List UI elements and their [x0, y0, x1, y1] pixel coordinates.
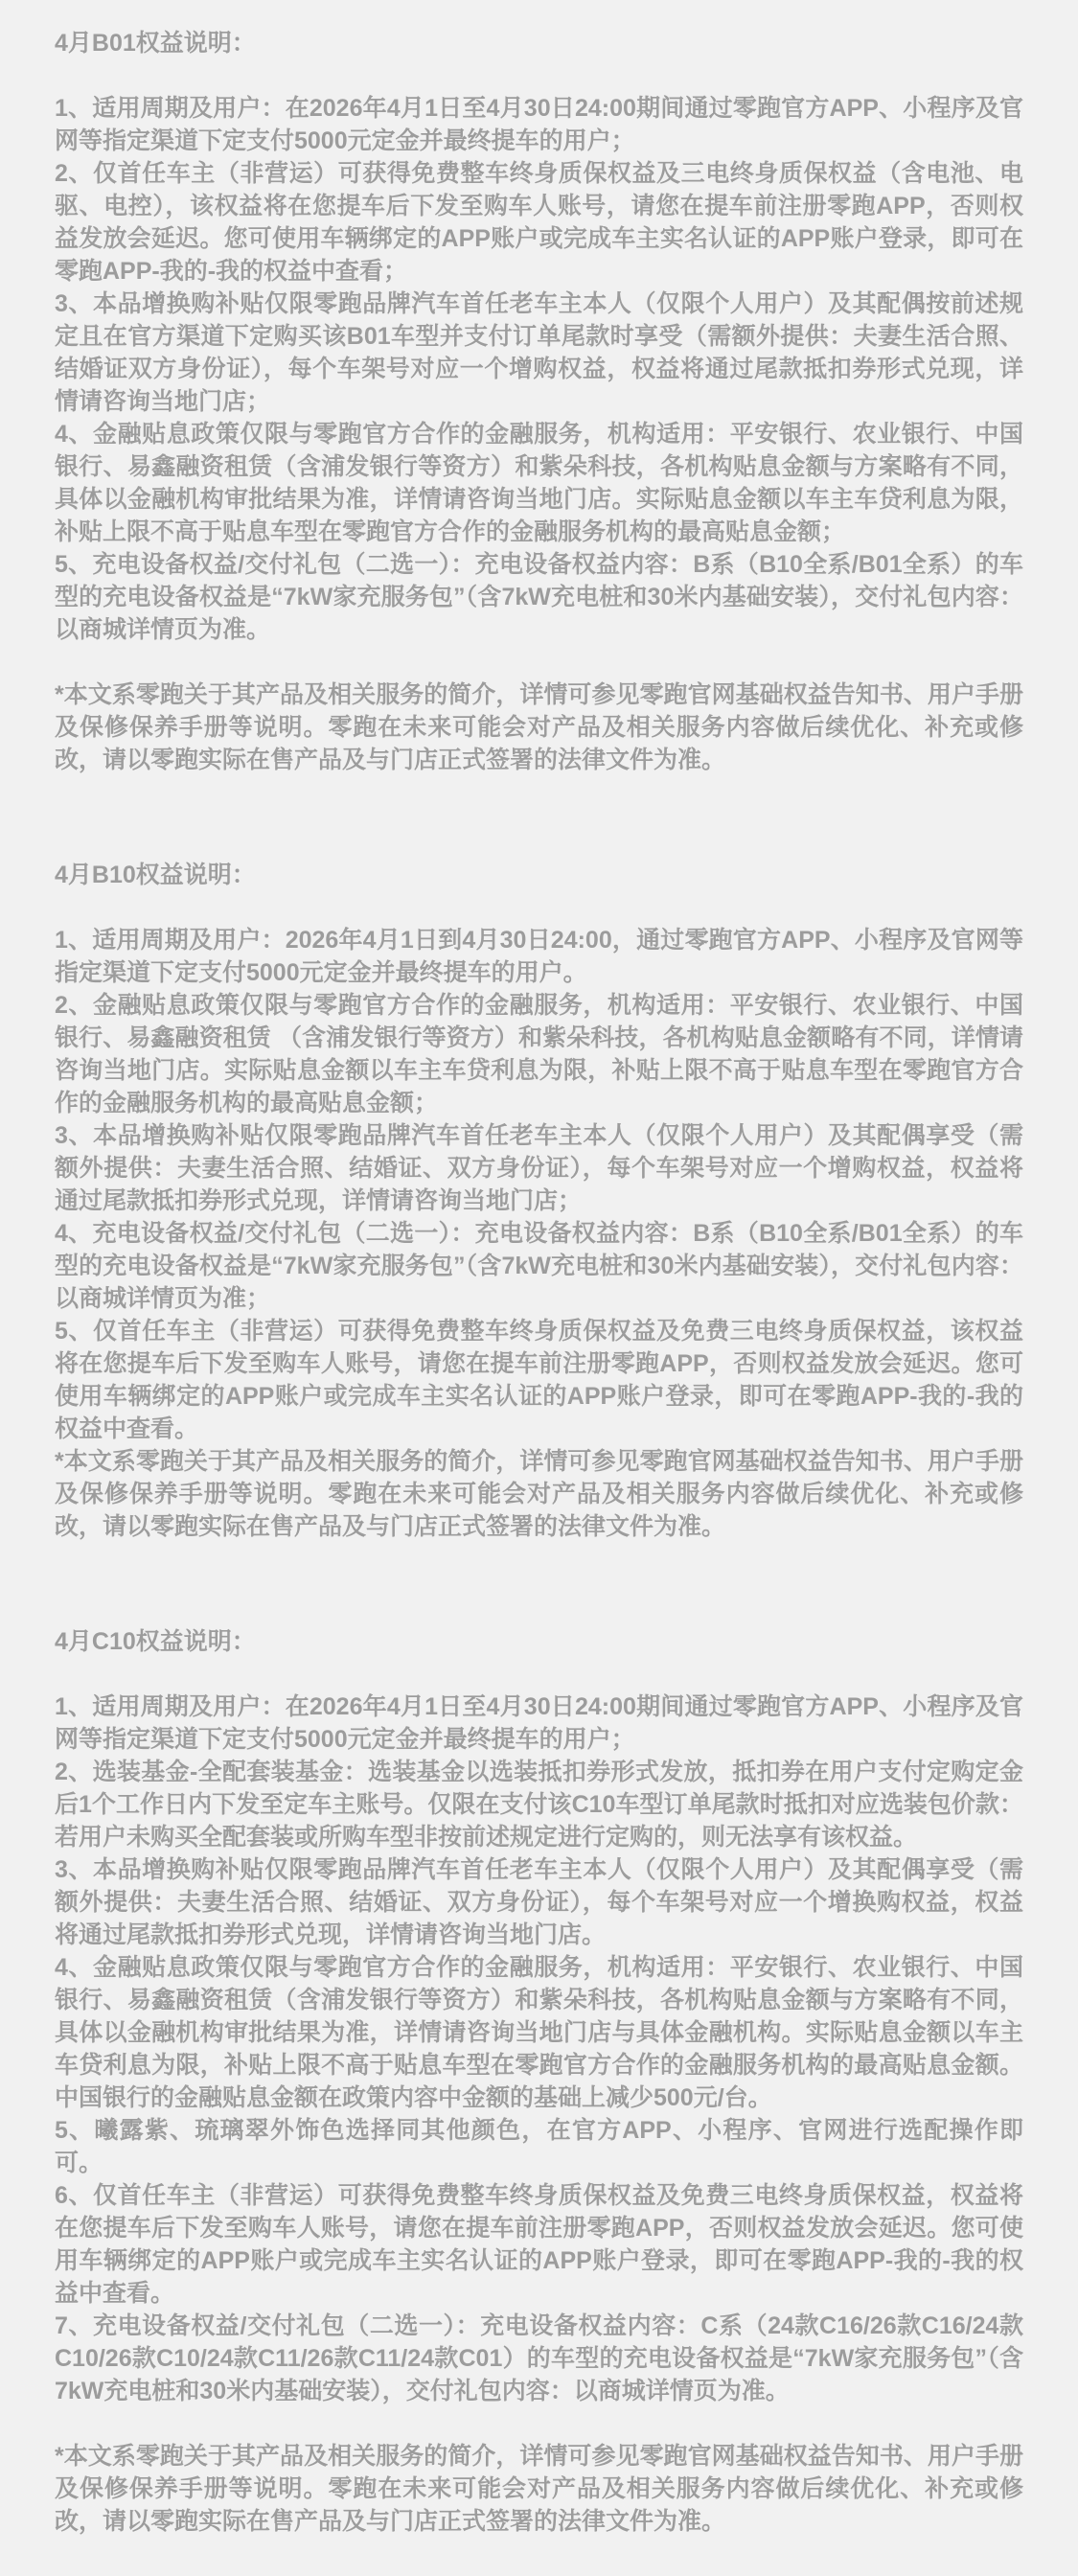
section-c10-benefits: 4月C10权益说明： 1、适用周期及用户：在2026年4月1日至4月30日24:… — [55, 1625, 1023, 2538]
b01-term-1: 1、适用周期及用户：在2026年4月1日至4月30日24:00期间通过零跑官方A… — [55, 92, 1023, 157]
b01-term-2: 2、仅首任车主（非营运）可获得免费整车终身质保权益及三电终身质保权益（含电池、电… — [55, 157, 1023, 287]
section-title-b01: 4月B01权益说明： — [55, 27, 1023, 59]
c10-term-2: 2、选装基金-全配套装基金：选装基金以选装抵扣券形式发放，抵扣券在用户支付定购定… — [55, 1756, 1023, 1853]
c10-disclaimer: *本文系零跑关于其产品及相关服务的简介，详情可参见零跑官网基础权益告知书、用户手… — [55, 2440, 1023, 2538]
b01-term-3: 3、本品增换购补贴仅限零跑品牌汽车首任老车主本人（仅限个人用户）及其配偶按前述规… — [55, 287, 1023, 418]
b01-term-5: 5、充电设备权益/交付礼包（二选一）：充电设备权益内容：B系（B10全系/B01… — [55, 548, 1023, 646]
section-b10-benefits: 4月B10权益说明： 1、适用周期及用户：2026年4月1日到4月30日24:0… — [55, 859, 1023, 1543]
section-b01-benefits: 4月B01权益说明： 1、适用周期及用户：在2026年4月1日至4月30日24:… — [55, 27, 1023, 776]
b01-disclaimer: *本文系零跑关于其产品及相关服务的简介，详情可参见零跑官网基础权益告知书、用户手… — [55, 678, 1023, 776]
c10-term-5: 5、曦露紫、琉璃翠外饰色选择同其他颜色，在官方APP、小程序、官网进行选配操作即… — [55, 2114, 1023, 2179]
section-title-c10: 4月C10权益说明： — [55, 1625, 1023, 1658]
c10-term-3: 3、本品增换购补贴仅限零跑品牌汽车首任老车主本人（仅限个人用户）及其配偶享受（需… — [55, 1853, 1023, 1951]
b10-term-4: 4、充电设备权益/交付礼包（二选一）：充电设备权益内容：B系（B10全系/B01… — [55, 1217, 1023, 1315]
b10-term-3: 3、本品增换购补贴仅限零跑品牌汽车首任老车主本人（仅限个人用户）及其配偶享受（需… — [55, 1119, 1023, 1217]
c10-term-1: 1、适用周期及用户：在2026年4月1日至4月30日24:00期间通过零跑官方A… — [55, 1690, 1023, 1756]
b01-term-4: 4、金融贴息政策仅限与零跑官方合作的金融服务，机构适用：平安银行、农业银行、中国… — [55, 418, 1023, 548]
c10-term-7: 7、充电设备权益/交付礼包（二选一）：充电设备权益内容：C系（24款C16/26… — [55, 2310, 1023, 2407]
section-title-b10: 4月B10权益说明： — [55, 859, 1023, 891]
c10-term-6: 6、仅首任车主（非营运）可获得免费整车终身质保权益及免费三电终身质保权益，权益将… — [55, 2179, 1023, 2310]
b10-disclaimer: *本文系零跑关于其产品及相关服务的简介，详情可参见零跑官网基础权益告知书、用户手… — [55, 1445, 1023, 1543]
b10-term-2: 2、金融贴息政策仅限与零跑官方合作的金融服务，机构适用：平安银行、农业银行、中国… — [55, 989, 1023, 1119]
b10-term-1: 1、适用周期及用户：2026年4月1日到4月30日24:00，通过零跑官方APP… — [55, 924, 1023, 989]
b10-term-5: 5、仅首任车主（非营运）可获得免费整车终身质保权益及免费三电终身质保权益，该权益… — [55, 1315, 1023, 1445]
benefits-terms-document: 4月B01权益说明： 1、适用周期及用户：在2026年4月1日至4月30日24:… — [0, 0, 1078, 2576]
c10-term-4: 4、金融贴息政策仅限与零跑官方合作的金融服务，机构适用：平安银行、农业银行、中国… — [55, 1951, 1023, 2114]
